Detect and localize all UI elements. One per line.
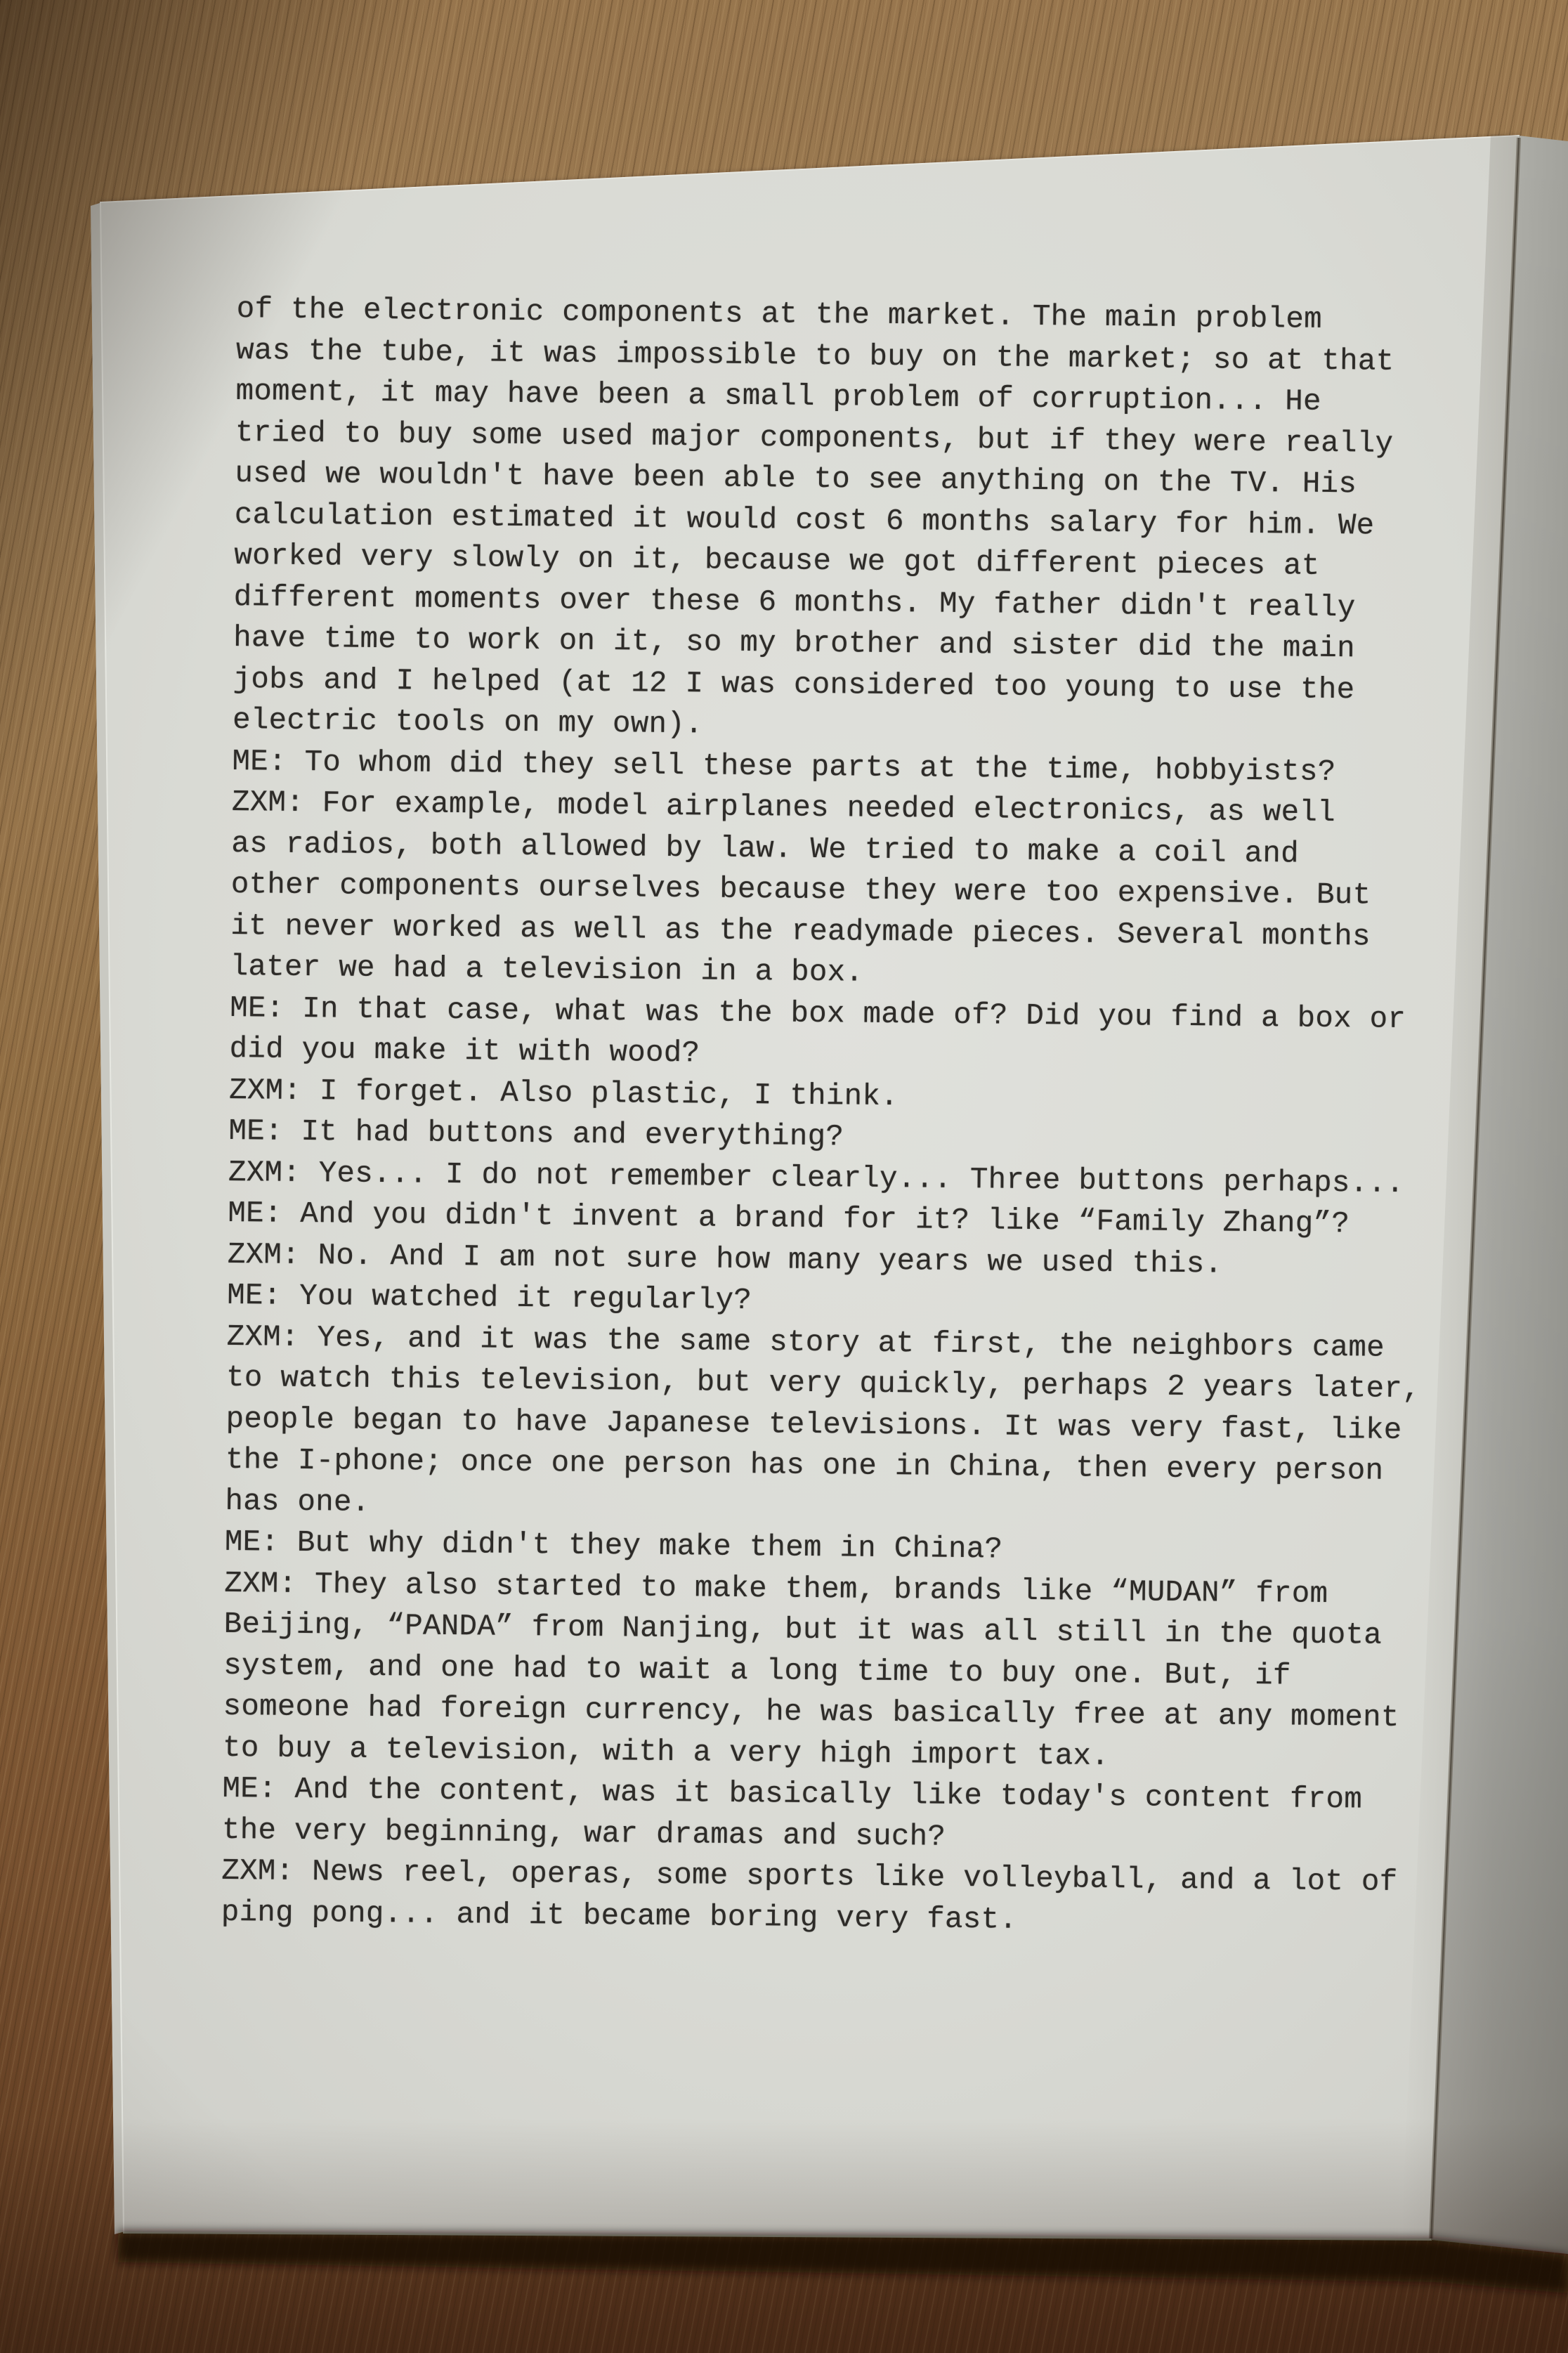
transcript-text: of the electronic components at the mark… xyxy=(221,289,1473,1945)
photo-of-book-page-on-table: of the electronic components at the mark… xyxy=(0,0,1568,2353)
page-bottom-shadow xyxy=(118,2231,1568,2293)
